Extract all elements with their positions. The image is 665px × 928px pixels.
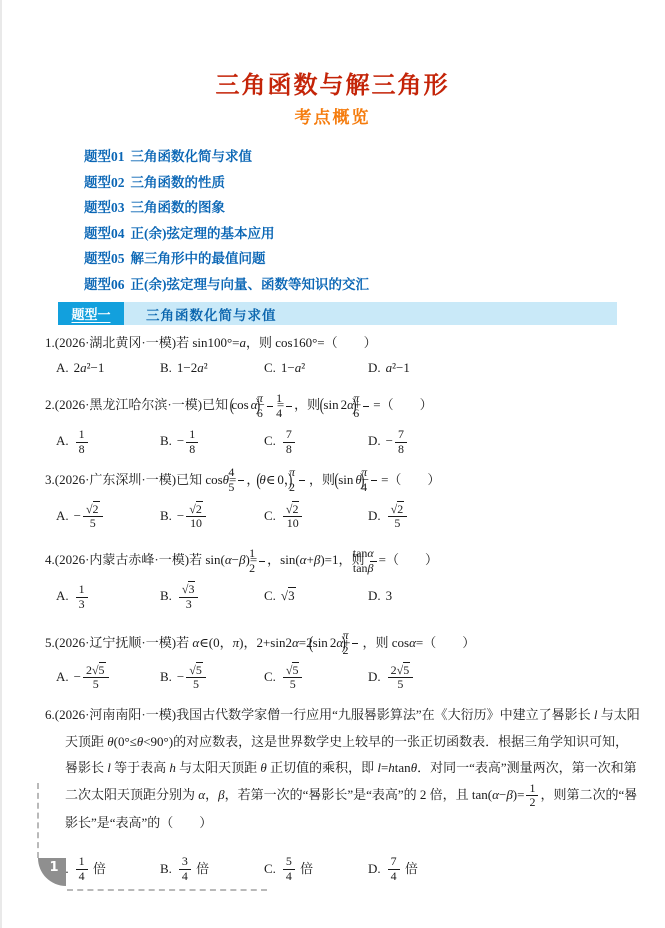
stem-line: 6.(2026·河南南阳·一模)我国古代数学家僧一行应用“九服晷影算法”在《大衍… xyxy=(45,702,630,729)
question-number: 6. xyxy=(45,707,55,722)
question-stem: 1.(2026·湖北黄冈·一模)若 sin100°=a，则 cos160°=（ … xyxy=(45,333,630,353)
option-key: B. xyxy=(160,861,172,876)
question-text: (2026·辽宁抚顺·一模)若 α∈(0，π)，2+sin2α=2sin(2α+… xyxy=(55,635,476,650)
option-text: √33 xyxy=(177,588,201,603)
option-key: D. xyxy=(368,433,381,448)
option-c: C.78 xyxy=(264,426,368,456)
option-key: B. xyxy=(160,588,172,603)
option-a: A.−√25 xyxy=(56,501,160,531)
overview-list: 题型01三角函数化简与求值 题型02三角函数的性质 题型03三角函数的图象 题型… xyxy=(84,144,665,297)
stem-line: 天顶距 θ(0°≤θ<90°)的对应数表，这是世界数学史上较早的一张正切函数表．… xyxy=(45,729,630,756)
question-stem: 2.(2026·黑龙江哈尔滨·一模)已知 cos(α−π6)=14，则 sin(… xyxy=(45,390,630,420)
option-text: −√55 xyxy=(177,669,208,684)
option-c: C.√55 xyxy=(264,662,368,692)
option-text: −2√55 xyxy=(74,669,111,684)
option-a: A.14 倍 xyxy=(56,854,160,884)
overview-item-name: 解三角形中的最值问题 xyxy=(131,251,266,266)
option-b: B.√33 xyxy=(160,581,264,611)
option-text: 1−2a² xyxy=(177,360,208,375)
option-a: A.18 xyxy=(56,426,160,456)
option-text: 2a²−1 xyxy=(74,360,105,375)
section-title: 三角函数化简与求值 xyxy=(146,304,277,324)
option-key: B. xyxy=(160,508,172,523)
option-key: C. xyxy=(264,669,276,684)
options-row: A.2a²−1 B.1−2a² C.1−a² D.a²−1 xyxy=(56,358,630,378)
option-key: D. xyxy=(368,588,381,603)
overview-item-code: 题型05 xyxy=(84,251,125,266)
question-number: 1. xyxy=(45,335,55,350)
question-text: (2026·内蒙古赤峰·一模)若 sin(α−β)=12，sin(α+β)=1，… xyxy=(55,552,438,567)
option-c: C.√3 xyxy=(264,581,368,611)
option-text: √55 xyxy=(281,669,305,684)
option-d: D.3 xyxy=(368,581,392,611)
option-text: −78 xyxy=(386,433,409,448)
option-d: D.a²−1 xyxy=(368,358,410,378)
question-4: 4.(2026·内蒙古赤峰·一模)若 sin(α−β)=12，sin(α+β)=… xyxy=(45,545,630,612)
overview-item-06: 题型06正(余)弦定理与向量、函数等知识的交汇 xyxy=(84,272,665,298)
option-text: √210 xyxy=(281,508,305,523)
section-header-bar: 题型一 三角函数化简与求值 xyxy=(58,302,617,325)
overview-item-04: 题型04正(余)弦定理的基本应用 xyxy=(84,221,665,247)
option-text: −√25 xyxy=(74,508,105,523)
question-1: 1.(2026·湖北黄冈·一模)若 sin100°=a，则 cos160°=（ … xyxy=(45,333,630,378)
overview-item-code: 题型01 xyxy=(84,149,125,164)
option-a: A.13 xyxy=(56,581,160,611)
question-3: 3.(2026·广东深圳·一模)已知 cosθ=45，θ∈(0，π2)，则 si… xyxy=(45,465,630,532)
options-row: A.−2√55 B.−√55 C.√55 D.2√55 xyxy=(56,662,630,692)
cut-mark-vertical xyxy=(37,783,39,858)
option-text: 78 xyxy=(281,433,297,448)
question-text: (2026·广东深圳·一模)已知 cosθ=45，θ∈(0，π2)，则 sin(… xyxy=(55,472,441,487)
option-key: A. xyxy=(56,508,69,523)
cut-mark-horizontal xyxy=(67,889,267,891)
overview-item-code: 题型06 xyxy=(84,277,125,292)
option-text: 13 xyxy=(74,588,90,603)
overview-item-code: 题型03 xyxy=(84,200,125,215)
question-number: 3. xyxy=(45,472,55,487)
option-key: C. xyxy=(264,360,276,375)
option-key: B. xyxy=(160,433,172,448)
option-text: 14 倍 xyxy=(74,861,106,876)
option-key: A. xyxy=(56,669,69,684)
option-d: D.74 倍 xyxy=(368,854,418,884)
option-b: B.34 倍 xyxy=(160,854,264,884)
option-key: B. xyxy=(160,360,172,375)
question-number: 5. xyxy=(45,635,55,650)
option-key: A. xyxy=(56,433,69,448)
option-text: 1−a² xyxy=(281,360,305,375)
section-badge: 题型一 xyxy=(58,302,124,325)
option-text: 2√55 xyxy=(386,669,416,684)
question-text: (2026·湖北黄冈·一模)若 sin100°=a，则 cos160°=（ ） xyxy=(55,335,377,350)
page-left-edge xyxy=(0,0,2,928)
options-row: A.−√25 B.−√210 C.√210 D.√25 xyxy=(56,501,630,531)
overview-item-02: 题型02三角函数的性质 xyxy=(84,170,665,196)
option-d: D.−78 xyxy=(368,426,409,456)
option-b: B.−18 xyxy=(160,426,264,456)
overview-item-03: 题型03三角函数的图象 xyxy=(84,195,665,221)
question-stem: 6.(2026·河南南阳·一模)我国古代数学家僧一行应用“九服晷影算法”在《大衍… xyxy=(45,702,630,836)
overview-item-name: 三角函数的性质 xyxy=(131,175,226,190)
question-number: 4. xyxy=(45,552,55,567)
overview-item-name: 三角函数化简与求值 xyxy=(131,149,253,164)
option-d: D.√25 xyxy=(368,501,409,531)
option-key: A. xyxy=(56,360,69,375)
question-5: 5.(2026·辽宁抚顺·一模)若 α∈(0，π)，2+sin2α=2sin(2… xyxy=(45,628,630,693)
option-key: A. xyxy=(56,588,69,603)
option-c: C.54 倍 xyxy=(264,854,368,884)
worksheet-page: { "colors": { "title-red": "#c42408", "s… xyxy=(0,0,665,928)
stem-line: 影长”是“表高”的（ ） xyxy=(45,810,630,837)
option-c: C.1−a² xyxy=(264,358,368,378)
option-text: −√210 xyxy=(177,508,208,523)
option-c: C.√210 xyxy=(264,501,368,531)
page-number-tab: 1 xyxy=(38,858,66,886)
option-a: A.−2√55 xyxy=(56,662,160,692)
option-a: A.2a²−1 xyxy=(56,358,160,378)
overview-item-05: 题型05解三角形中的最值问题 xyxy=(84,246,665,272)
question-stem: 5.(2026·辽宁抚顺·一模)若 α∈(0，π)，2+sin2α=2sin(2… xyxy=(45,628,630,658)
option-text: 74 倍 xyxy=(386,861,418,876)
overview-item-name: 三角函数的图象 xyxy=(131,200,226,215)
overview-item-name: 正(余)弦定理的基本应用 xyxy=(131,226,275,241)
overview-item-01: 题型01三角函数化简与求值 xyxy=(84,144,665,170)
overview-item-name: 正(余)弦定理与向量、函数等知识的交汇 xyxy=(131,277,370,292)
option-text: √25 xyxy=(386,508,410,523)
question-list: 1.(2026·湖北黄冈·一模)若 sin100°=a，则 cos160°=（ … xyxy=(45,333,630,884)
option-b: B.1−2a² xyxy=(160,358,264,378)
option-text: −18 xyxy=(177,433,200,448)
page-subtitle: 考点概览 xyxy=(0,103,665,128)
option-b: B.−√210 xyxy=(160,501,264,531)
stem-line: 二次太阳天顶距分别为 α，β，若第一次的“晷影长”是“表高”的 2 倍，且 ta… xyxy=(45,782,630,810)
question-number: 2. xyxy=(45,397,55,412)
option-key: D. xyxy=(368,861,381,876)
option-key: D. xyxy=(368,360,381,375)
overview-item-code: 题型04 xyxy=(84,226,125,241)
option-text: 54 倍 xyxy=(281,861,313,876)
option-key: C. xyxy=(264,508,276,523)
options-row: A.14 倍 B.34 倍 C.54 倍 D.74 倍 xyxy=(56,854,630,884)
question-stem: 4.(2026·内蒙古赤峰·一模)若 sin(α−β)=12，sin(α+β)=… xyxy=(45,545,630,575)
option-key: D. xyxy=(368,669,381,684)
page-title: 三角函数与解三角形 xyxy=(0,73,665,98)
option-key: C. xyxy=(264,588,276,603)
question-text: (2026·河南南阳·一模)我国古代数学家僧一行应用“九服晷影算法”在《大衍历》… xyxy=(55,707,640,722)
option-key: C. xyxy=(264,861,276,876)
options-row: A.13 B.√33 C.√3 D.3 xyxy=(56,581,630,611)
option-text: 18 xyxy=(74,433,90,448)
stem-line: 晷影长 l 等于表高 h 与太阳天顶距 θ 正切值的乘积，即 l=htanθ．对… xyxy=(45,755,630,782)
options-row: A.18 B.−18 C.78 D.−78 xyxy=(56,426,630,456)
question-text: (2026·黑龙江哈尔滨·一模)已知 cos(α−π6)=14，则 sin(2α… xyxy=(55,397,433,412)
overview-item-code: 题型02 xyxy=(84,175,125,190)
option-text: √3 xyxy=(281,587,296,603)
option-text: a²−1 xyxy=(386,360,410,375)
option-key: D. xyxy=(368,508,381,523)
option-b: B.−√55 xyxy=(160,662,264,692)
question-6: 6.(2026·河南南阳·一模)我国古代数学家僧一行应用“九服晷影算法”在《大衍… xyxy=(45,702,630,884)
option-key: C. xyxy=(264,433,276,448)
option-text: 3 xyxy=(386,588,393,603)
option-key: B. xyxy=(160,669,172,684)
option-d: D.2√55 xyxy=(368,662,415,692)
option-text: 34 倍 xyxy=(177,861,209,876)
question-2: 2.(2026·黑龙江哈尔滨·一模)已知 cos(α−π6)=14，则 sin(… xyxy=(45,390,630,457)
question-stem: 3.(2026·广东深圳·一模)已知 cosθ=45，θ∈(0，π2)，则 si… xyxy=(45,465,630,495)
